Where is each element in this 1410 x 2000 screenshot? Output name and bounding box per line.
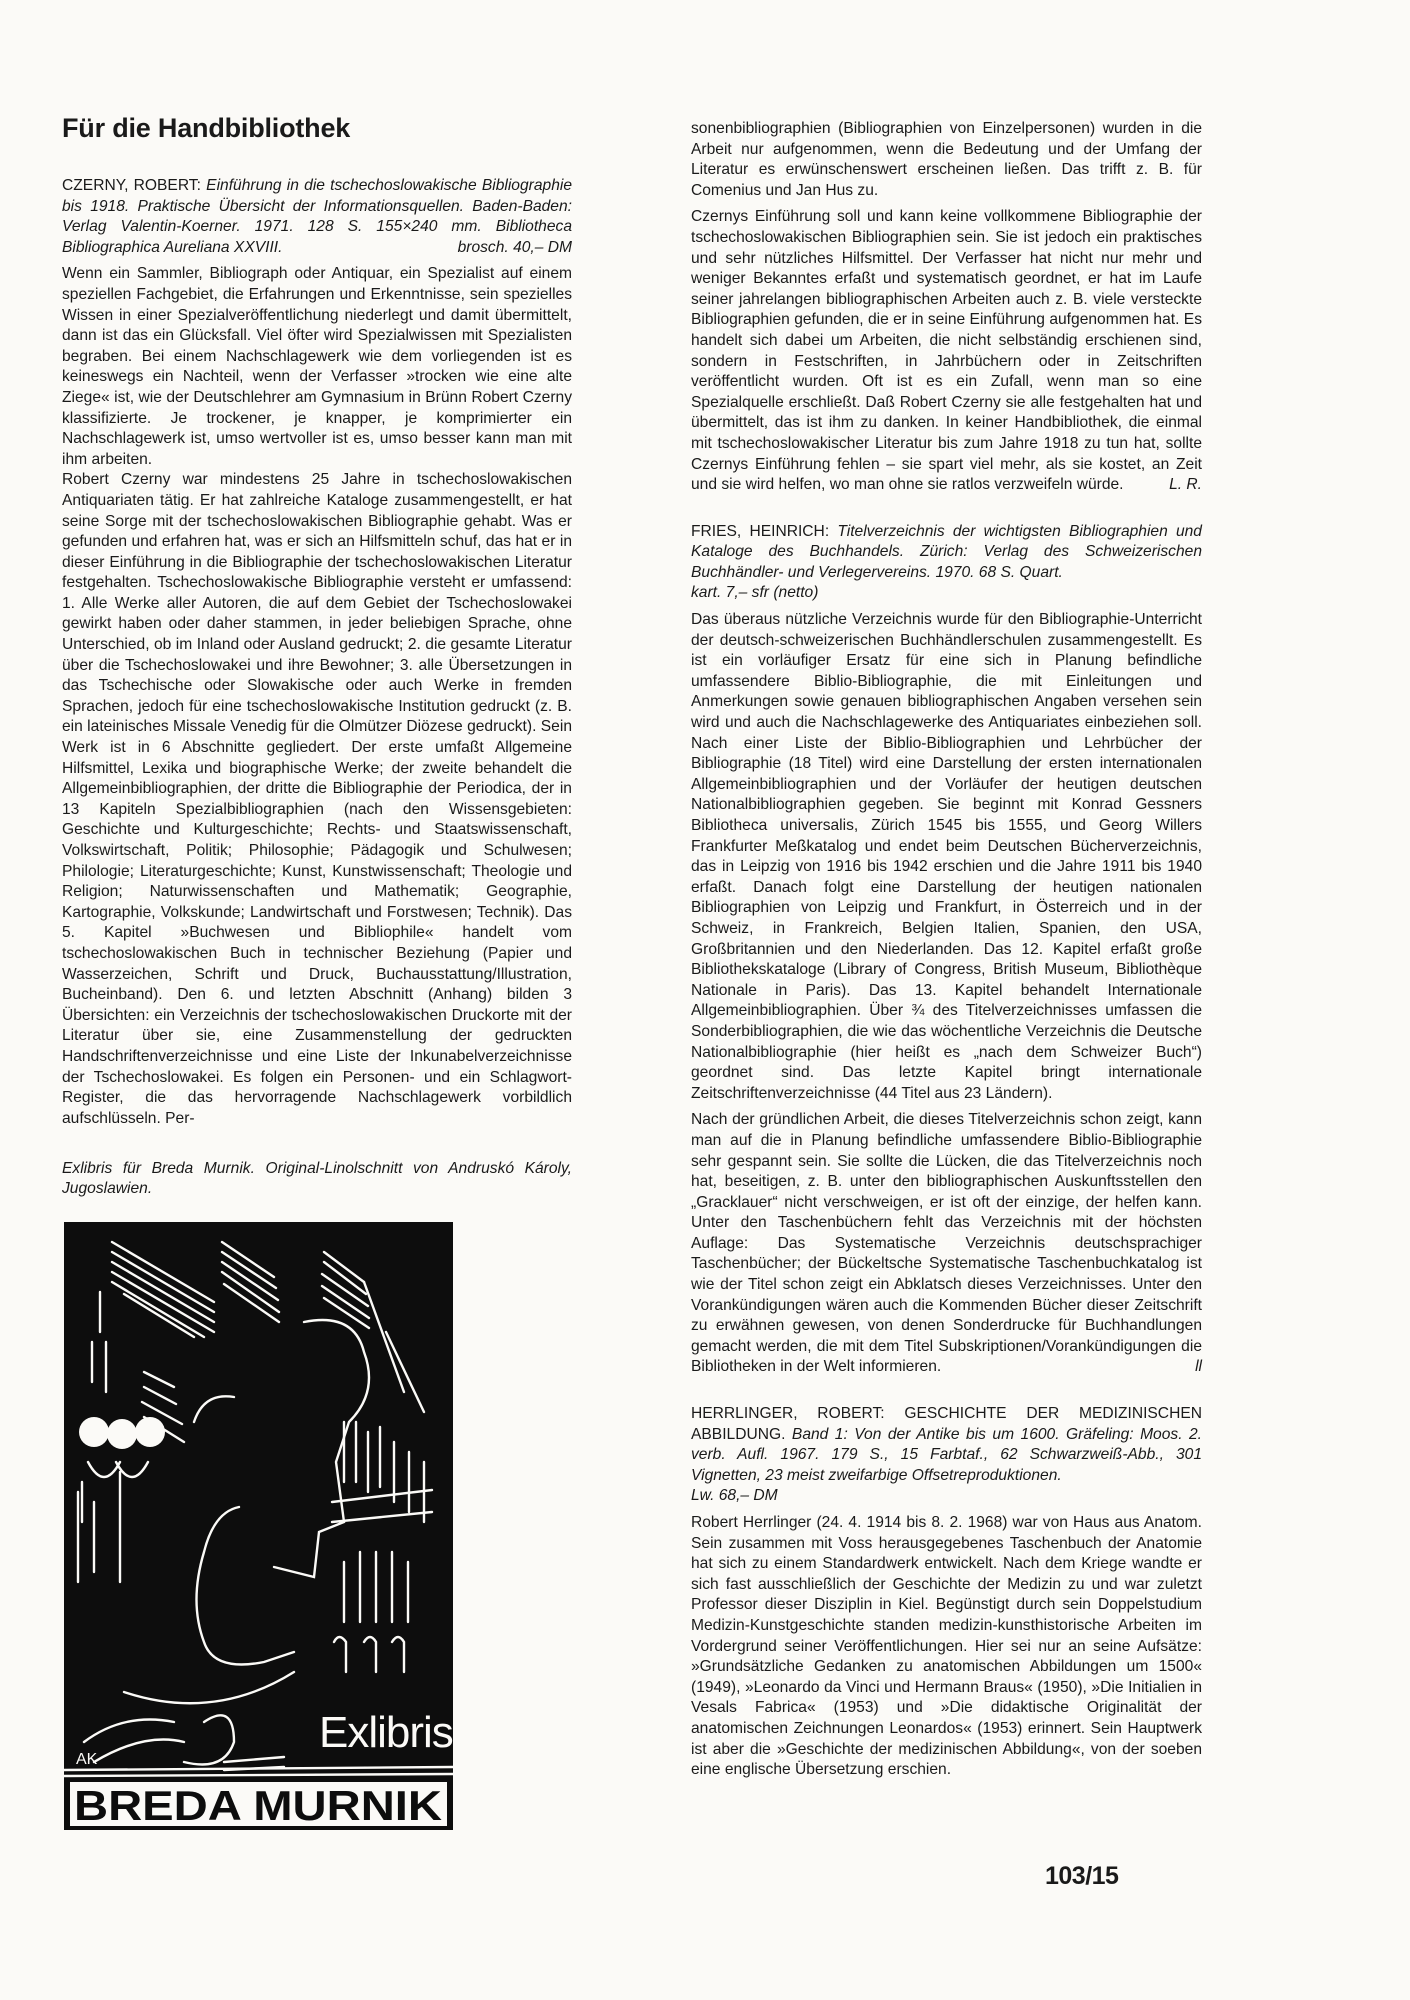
citation-price: kart. 7,– sfr (netto) — [691, 583, 1202, 604]
review-paragraph: Robert Herrlinger (24. 4. 1914 bis 8. 2.… — [691, 1513, 1202, 1781]
figure-caption: Exlibris für Breda Murnik. Original-Lino… — [62, 1159, 572, 1199]
reviewer-signature: L. R. — [1169, 475, 1202, 496]
citation-herrlinger: HERRLINGER, ROBERT: GESCHICHTE DER MEDIZ… — [691, 1404, 1202, 1507]
review-paragraph: Wenn ein Sammler, Bibliograph oder Antiq… — [62, 264, 572, 470]
right-column: sonenbibliographien (Bibliographien von … — [691, 119, 1202, 1781]
review-text: Czernys Einführung soll und kann keine v… — [691, 208, 1202, 493]
citation-fries: FRIES, HEINRICH: Titelverzeichnis der wi… — [691, 522, 1202, 604]
review-czerny: CZERNY, ROBERT: Einführung in die tschec… — [62, 176, 572, 1129]
citation-price: brosch. 40,– DM — [458, 238, 572, 259]
review-paragraph-continued: Czernys Einführung soll und kann keine v… — [691, 207, 1202, 495]
owner-name-banner: BREDA MURNIK — [74, 1782, 442, 1829]
review-text: Nach der gründlichen Arbeit, die dieses … — [691, 1111, 1202, 1375]
artist-monogram: AK — [76, 1751, 98, 1768]
citation-price: Lw. 68,– DM — [691, 1486, 1202, 1507]
review-paragraph: Robert Czerny war mindestens 25 Jahre in… — [62, 470, 572, 1129]
exlibris-inscription: Exlibris — [319, 1708, 453, 1757]
review-paragraph: Nach der gründlichen Arbeit, die dieses … — [691, 1110, 1202, 1378]
exlibris-linocut-image: Exlibris AK BREDA MURNIK — [64, 1222, 453, 1830]
citation-author: FRIES, HEINRICH: — [691, 523, 829, 540]
left-column: Für die Handbibliothek CZERNY, ROBERT: E… — [62, 112, 572, 1199]
citation-czerny: CZERNY, ROBERT: Einführung in die tschec… — [62, 176, 572, 258]
section-heading: Für die Handbibliothek — [62, 112, 572, 144]
review-paragraph-continued: sonenbibliographien (Bibliographien von … — [691, 119, 1202, 201]
page-number: 103/15 — [1045, 1862, 1118, 1891]
review-paragraph: Das überaus nützliche Verzeichnis wurde … — [691, 610, 1202, 1104]
review-herrlinger: HERRLINGER, ROBERT: GESCHICHTE DER MEDIZ… — [691, 1404, 1202, 1781]
citation-author: CZERNY, ROBERT: — [62, 177, 201, 194]
review-fries: FRIES, HEINRICH: Titelverzeichnis der wi… — [691, 522, 1202, 1378]
reviewer-signature: ll — [1195, 1357, 1202, 1378]
